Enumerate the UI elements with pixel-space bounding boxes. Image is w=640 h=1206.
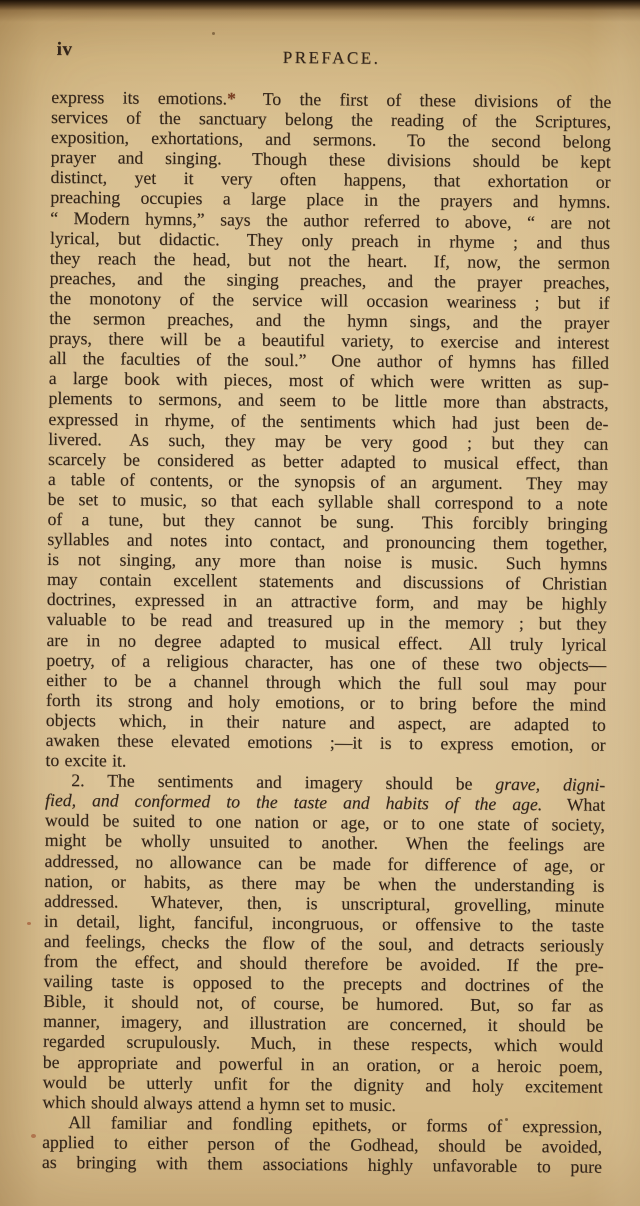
text-segment: express its emotions. [51, 87, 227, 109]
page-title: PREFACE. [52, 46, 612, 71]
text-segment: as bringing with them associations highl… [42, 1152, 602, 1177]
text-segment: What [542, 794, 605, 815]
text-segment: grave, digni- [495, 774, 605, 795]
text-block: express its emotions.* To the first of t… [42, 87, 611, 1177]
scanned-book-page: iv PREFACE. express its emotions.* To th… [0, 0, 640, 1206]
text-segment: to excite it. [45, 750, 126, 771]
page-content: iv PREFACE. express its emotions.* To th… [0, 0, 640, 1206]
text-line: as bringing with them associations highl… [42, 1152, 602, 1177]
footnote-mark: * [227, 88, 236, 108]
